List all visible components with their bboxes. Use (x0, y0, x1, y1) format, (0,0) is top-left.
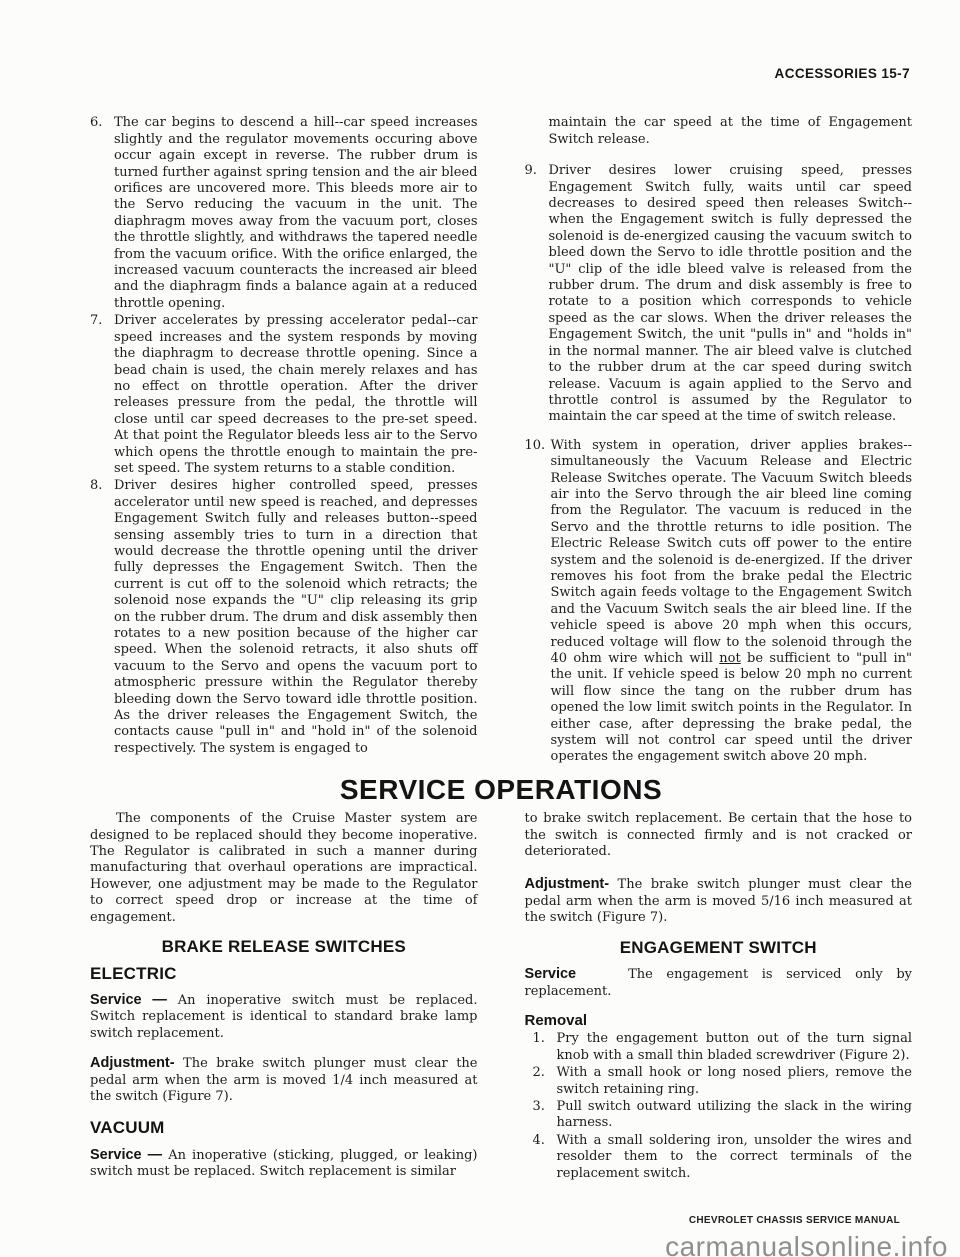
operation-steps-section: 6. The car begins to descend a hill--car… (90, 115, 912, 766)
page-content: ACCESSORIES 15-7 6. The car begins to de… (0, 0, 960, 1194)
step-text: With a small hook or long nosed pliers, … (557, 1065, 913, 1098)
service-label: Service (525, 966, 577, 982)
step-text: Driver accelerates by pressing accelerat… (114, 313, 478, 477)
removal-step-4: 4. With a small soldering iron, unsolder… (533, 1133, 913, 1182)
watermark: carmanualsonline.info (665, 1239, 948, 1255)
right-adjustment-paragraph: Adjustment- The brake switch plunger mus… (525, 876, 913, 926)
removal-steps-list: 1. Pry the engagement button out of the … (533, 1031, 913, 1182)
step-text: With a small soldering iron, unsolder th… (557, 1133, 913, 1182)
electric-service-paragraph: Service — An inoperative switch must be … (90, 992, 478, 1042)
step-number: 10. (525, 438, 551, 766)
page-footer: CHEVROLET CHASSIS SERVICE MANUAL (689, 1213, 900, 1229)
service-intro-paragraph: The components of the Cruise Master syst… (90, 811, 478, 926)
vacuum-service-paragraph: Service — An inoperative (sticking, plug… (90, 1147, 478, 1181)
engagement-service-paragraph: ServiceThe engagement is serviced only b… (525, 966, 913, 1000)
step-8-continuation: maintain the car speed at the time of En… (549, 115, 913, 148)
step-text: The car begins to descend a hill--car sp… (114, 115, 478, 312)
underlined-word: not (719, 651, 740, 666)
step-text: Pry the engagement button out of the tur… (557, 1031, 913, 1064)
removal-heading: Removal (525, 1013, 913, 1029)
service-right-column: to brake switch replacement. Be certain … (525, 811, 913, 1183)
page-header: ACCESSORIES 15-7 (90, 66, 910, 82)
removal-step-3: 3. Pull switch outward utilizing the sla… (533, 1099, 913, 1132)
numbered-step-8: 8. Driver desires higher controlled spee… (90, 478, 478, 757)
step-number: 1. (533, 1031, 557, 1064)
numbered-step-7: 7. Driver accelerates by pressing accele… (90, 313, 478, 477)
step-number: 2. (533, 1065, 557, 1098)
removal-step-1: 1. Pry the engagement button out of the … (533, 1031, 913, 1064)
manual-page: ACCESSORIES 15-7 6. The car begins to de… (0, 0, 960, 1257)
step-text: Driver desires higher controlled speed, … (114, 478, 478, 757)
step-text: Driver desires lower cruising speed, pre… (549, 163, 913, 426)
removal-step-2: 2. With a small hook or long nosed plier… (533, 1065, 913, 1098)
service-operations-title: SERVICE OPERATIONS (90, 782, 912, 798)
step-number: 9. (525, 163, 549, 426)
service-intro-continuation: to brake switch replacement. Be certain … (525, 811, 913, 860)
numbered-step-6: 6. The car begins to descend a hill--car… (90, 115, 478, 312)
step-text: With system in operation, driver applies… (551, 438, 913, 766)
service-operations-section: The components of the Cruise Master syst… (90, 811, 912, 1193)
engagement-switch-heading: ENGAGEMENT SWITCH (525, 940, 913, 956)
step-text-before: With system in operation, driver applies… (551, 438, 913, 666)
right-column: maintain the car speed at the time of En… (525, 115, 913, 766)
step-text: Pull switch outward utilizing the slack … (557, 1099, 913, 1132)
adjustment-label: Adjustment- (525, 876, 610, 892)
electric-heading: ELECTRIC (90, 966, 478, 982)
service-text: The engagement is serviced only by repla… (525, 967, 913, 998)
page-header-text: ACCESSORIES 15-7 (775, 66, 910, 81)
step-text-after: be sufficient to "pull in" the unit. If … (551, 651, 913, 764)
vacuum-heading: VACUUM (90, 1120, 478, 1136)
service-label: Service — (90, 1147, 162, 1163)
step-number: 8. (90, 478, 114, 757)
step-number: 6. (90, 115, 114, 312)
service-left-column: The components of the Cruise Master syst… (90, 811, 478, 1193)
numbered-step-9: 9. Driver desires lower cruising speed, … (525, 163, 913, 426)
adjustment-label: Adjustment- (90, 1055, 175, 1071)
step-number: 7. (90, 313, 114, 477)
electric-adjustment-paragraph: Adjustment- The brake switch plunger mus… (90, 1055, 478, 1105)
service-label: Service — (90, 992, 167, 1008)
step-number: 3. (533, 1099, 557, 1132)
brake-release-switches-heading: BRAKE RELEASE SWITCHES (90, 939, 478, 955)
left-column: 6. The car begins to descend a hill--car… (90, 115, 478, 758)
step-number: 4. (533, 1133, 557, 1182)
numbered-step-10: 10. With system in operation, driver app… (525, 438, 913, 766)
